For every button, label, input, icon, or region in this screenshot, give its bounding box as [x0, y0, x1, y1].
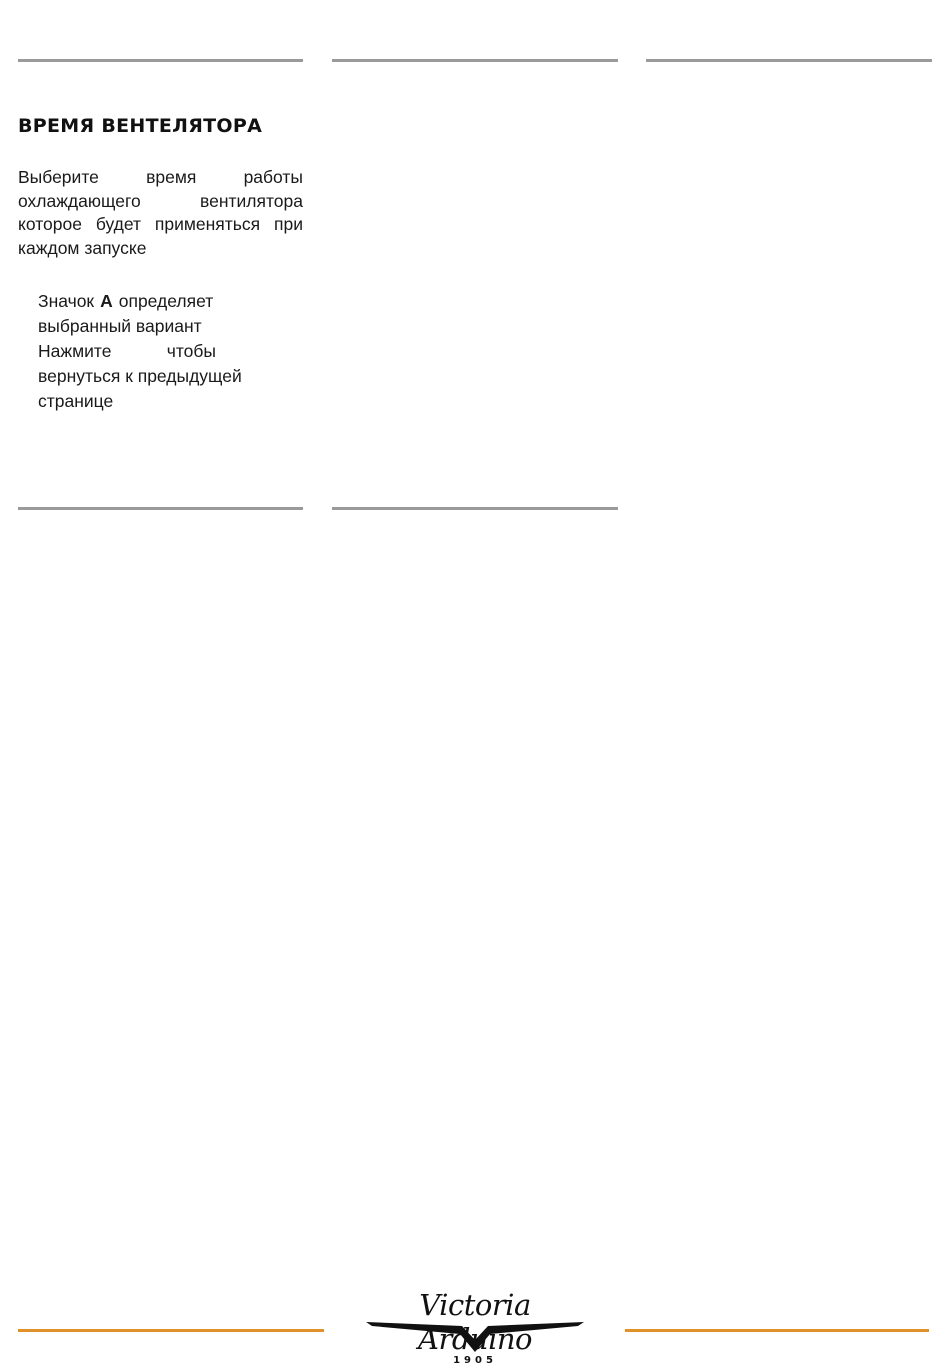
note-icon-line-2: выбранный вариант [38, 316, 202, 336]
footer-rule-left [18, 1329, 324, 1332]
note-back-line-1: Нажмите чтобы [38, 339, 216, 364]
top-rule-col-2 [332, 59, 618, 62]
note-icon-suffix: определяет [119, 291, 214, 311]
note-back-line-2: вернуться к предыдущей [38, 366, 242, 386]
brand-year: 1905 [362, 1355, 588, 1366]
note-back-line-3: странице [38, 391, 113, 411]
wing-icon [362, 1320, 588, 1354]
brand-logo: Victoria Arduino 1905 [362, 1288, 588, 1372]
top-rule-col-1 [18, 59, 303, 62]
note-icon-prefix: Значок [38, 291, 94, 311]
note-icon-meaning: ЗначокAопределяет выбранный вариант [38, 289, 278, 339]
note-press-word: Нажмите [38, 339, 111, 364]
section-title: ВРЕМЯ ВЕНТЕЛЯТОРА [18, 115, 262, 137]
note-back: Нажмите чтобы вернуться к предыдущей стр… [38, 339, 278, 414]
section-description: Выберите время работы охлаждающего венти… [18, 166, 303, 260]
note-press-suffix: чтобы [167, 339, 216, 364]
bottom-rule-col-1 [18, 507, 303, 510]
bottom-rule-col-2 [332, 507, 618, 510]
footer-rule-right [625, 1329, 929, 1332]
selected-icon-letter: A [100, 291, 113, 311]
top-rule-col-3 [646, 59, 932, 62]
